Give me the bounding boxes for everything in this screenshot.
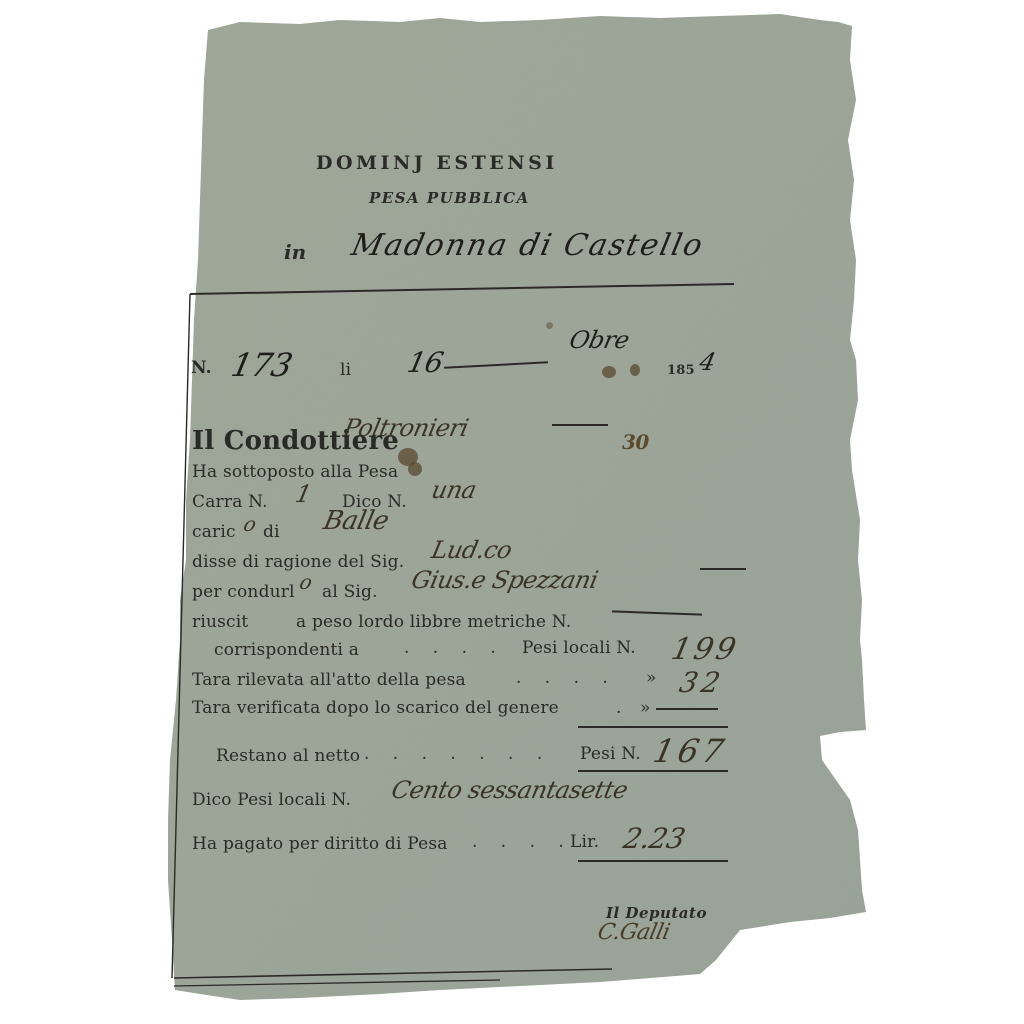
pesi-locali-label: Pesi locali N. (522, 638, 636, 658)
location-handwritten: Madonna di Castello (348, 228, 707, 263)
in-label: in (284, 240, 306, 264)
total-rule (578, 860, 728, 862)
carra-label: Carra N. (192, 492, 268, 512)
date-month: Obre (567, 326, 632, 354)
condottiere-value: Poltronieri (341, 414, 471, 442)
condurl-label: per condurl (192, 582, 295, 602)
pesi-locali-value: 199 (668, 632, 742, 667)
dico-pesi-label: Dico Pesi locali N. (192, 790, 351, 810)
date-label: li (340, 360, 351, 380)
di-value: Balle (321, 506, 392, 536)
number-label: N. (191, 358, 212, 378)
date-year-printed: 185 (667, 363, 695, 378)
tara-rilevata-dots: . . . . (516, 668, 617, 688)
pagato-dots: . . . . (472, 832, 573, 852)
ink-stain (546, 322, 553, 329)
corrispondenti-dots: . . . . (404, 638, 505, 658)
ink-stain (602, 366, 616, 378)
tara-rilevata-mark: » (646, 668, 657, 688)
tara-verificata-label: Tara verificata dopo lo scarico del gene… (192, 698, 559, 718)
condottiere-dash (552, 424, 608, 426)
di-label: di (263, 522, 280, 542)
corrispondenti-label: corrispondenti a (214, 640, 359, 660)
tara-rilevata-value: 32 (676, 666, 727, 699)
document-subtitle: PESA PUBBLICA (369, 189, 530, 207)
deputato-signature: C.Galli (595, 920, 672, 945)
tara-verificata-dot: . (616, 698, 622, 718)
stain-marks: 30 (622, 430, 649, 454)
restano-label: Restano al netto (216, 746, 360, 766)
date-day: 16 (404, 346, 446, 379)
pesi-n-label: Pesi N. (580, 744, 641, 764)
receipt-number: 173 (228, 346, 296, 384)
al-sig-value: Gius.e Spezzani (409, 566, 600, 594)
tara-verificata-line (656, 708, 718, 710)
sottoposto-label: Ha sottoposto alla Pesa (192, 462, 398, 482)
ragione-label: disse di ragione del Sig. (192, 552, 404, 572)
dico-value: una (429, 476, 479, 504)
ragione-value: Lud.co (429, 536, 514, 564)
al-sig-label: al Sig. (322, 582, 378, 602)
lire-value: 2.23 (620, 822, 687, 855)
ink-stain (408, 462, 422, 476)
tara-verificata-mark: » (640, 698, 651, 718)
caric-label: caric (192, 522, 236, 542)
document-sheet: DOMINJ ESTENSI PESA PUBBLICA in Madonna … (0, 0, 1024, 1024)
riuscit-label: riuscit (192, 612, 248, 632)
restano-value: 167 (650, 732, 731, 770)
peso-lordo-label: a peso lordo libbre metriche N. (296, 612, 571, 632)
document-title: DOMINJ ESTENSI (316, 152, 558, 174)
dico-pesi-value: Cento sessantasette (389, 776, 630, 804)
restano-dots: . . . . . . . (364, 744, 551, 764)
subtotal-rule (578, 726, 728, 728)
pagato-label: Ha pagato per diritto di Pesa (192, 834, 448, 854)
ink-stain (630, 364, 640, 376)
tara-rilevata-label: Tara rilevata all'atto della pesa (192, 670, 466, 690)
al-sig-dash (700, 568, 746, 570)
restano-rule (578, 770, 728, 772)
lire-label: Lir. (570, 832, 599, 852)
